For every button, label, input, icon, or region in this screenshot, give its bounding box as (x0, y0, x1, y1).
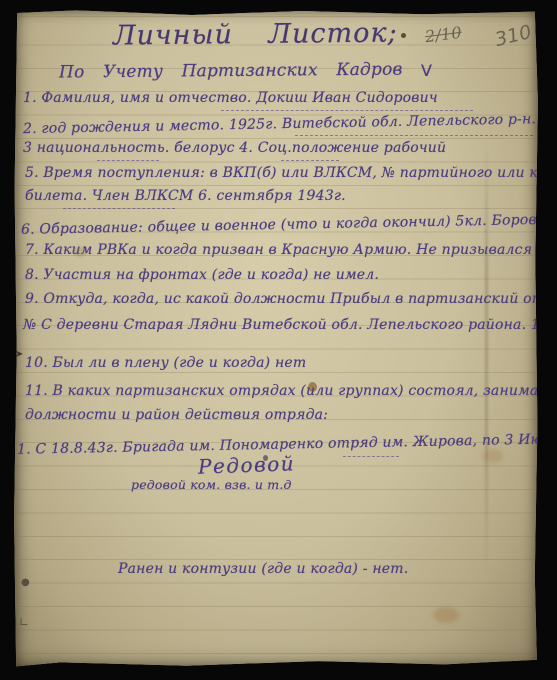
paper-crease (485, 139, 488, 579)
field-arrival-origin-cont: № С деревни Старая Лядни Витебской обл. … (23, 317, 557, 333)
page-title: Личный Листок; (113, 18, 398, 52)
field-army-draft: 7. Каким РВКа и когда призван в Красную … (25, 242, 532, 258)
field-rank-note: редовой ком. взв. и т.д (131, 477, 292, 492)
field-front-service: 8. Участия на фронтах (где и когда) не и… (25, 267, 379, 283)
field-wounds: Ранен и контузии (где и когда) - нет. (118, 561, 408, 577)
field-detachments-cont: должности и район действия отряда: (25, 407, 328, 423)
underline-mark (281, 159, 339, 161)
margin-pencil-mark: ● (21, 577, 30, 588)
field-captivity: 10. Был ли в плену (где и когда) нет (25, 355, 306, 371)
field-party-membership: 5. Время поступления: в ВКП(б) или ВЛКСМ… (25, 165, 557, 181)
underline-mark (63, 207, 175, 209)
underline-mark (343, 455, 399, 457)
page-subtitle: По Учету Партизанских Кадров (59, 60, 403, 83)
field-party-membership-cont: билета. Член ВЛКСМ 6. сентября 1943г. (25, 188, 346, 204)
underline-mark (97, 159, 159, 161)
field-arrival-origin: 9. Откуда, когда, ис какой должности При… (25, 291, 557, 307)
field-rank: Редовой (198, 451, 296, 478)
margin-pencil-mark: ∟ (19, 615, 29, 629)
underline-mark (221, 109, 473, 111)
field-name: 1. Фамилия, имя и отчество. Докиш Иван С… (23, 90, 438, 106)
field-nationality-social: 3 национальность. белорус 4. Соц.положен… (23, 140, 446, 156)
field-detachments: 11. В каких партизанских отрядах (или гр… (25, 383, 557, 399)
underline-mark (295, 134, 533, 136)
document-page: Личный Листок; 2/10 310 По Учету Партиза… (13, 9, 539, 669)
checkmark: V (421, 61, 432, 80)
